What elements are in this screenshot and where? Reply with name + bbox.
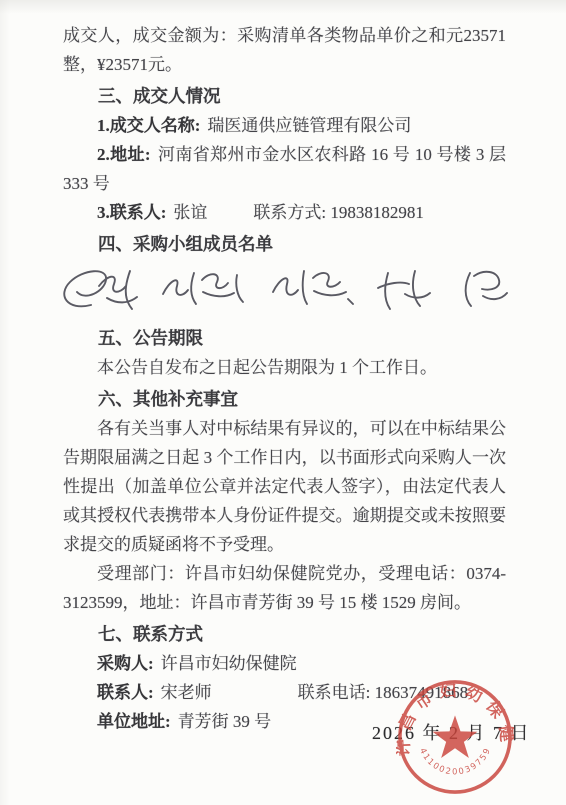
section-6-heading: 六、其他补充事宜 <box>63 385 506 414</box>
contact-phone-label: 联系电话: <box>298 683 371 702</box>
section-4-heading: 四、采购小组成员名单 <box>63 230 506 259</box>
section-7-heading: 七、联系方式 <box>63 620 506 649</box>
winner-name-label: 1.成交人名称: <box>97 116 200 135</box>
scanned-document-page: 成交人，成交金额为：采购清单各类物品单价之和元23571 整，¥23571元。 … <box>0 0 566 805</box>
unit-address-label: 单位地址: <box>97 712 171 731</box>
signature-5-stroke <box>466 272 507 306</box>
document-body: 成交人，成交金额为：采购清单各类物品单价之和元23571 整，¥23571元。 … <box>63 21 506 736</box>
buyer-value: 许昌市妇幼保健院 <box>161 654 297 673</box>
winner-phone-label: 联系方式: <box>253 203 326 222</box>
winner-contact-label: 3.联系人: <box>97 203 166 222</box>
buyer-line: 采购人:许昌市妇幼保健院 <box>63 649 506 678</box>
buyer-label: 采购人: <box>97 654 154 673</box>
unit-address-value: 青芳街 39 号 <box>178 712 272 731</box>
signature-1-stroke <box>64 271 137 309</box>
winner-address-line: 2.地址:河南省郑州市金水区农科路 16 号 10 号楼 3 层 333 号 <box>63 140 506 198</box>
winner-phone-value: 19838182981 <box>330 203 424 222</box>
official-seal-stamp: 许昌市妇幼保健院 4110020039759 <box>396 678 514 796</box>
winner-name-line: 1.成交人名称:瑞医通供应链管理有限公司 <box>63 111 506 140</box>
winner-name-value: 瑞医通供应链管理有限公司 <box>207 116 411 135</box>
signature-3-stroke <box>273 271 353 304</box>
stamp-star-icon <box>433 715 478 758</box>
notice-period-text: 本公告自发布之日起公告期限为 1 个工作日。 <box>63 353 506 382</box>
signatures-ink-svg <box>55 263 510 319</box>
signature-2-stroke <box>163 273 243 304</box>
handwritten-signatures <box>55 263 506 321</box>
intro-line-1: 成交人，成交金额为：采购清单各类物品单价之和元23571 <box>63 21 506 50</box>
acceptance-department-paragraph: 受理部门：许昌市妇幼保健院党办，受理电话：0374-3123599，地址：许昌市… <box>63 559 506 617</box>
signature-4-stroke <box>378 271 430 309</box>
objection-procedure-paragraph: 各有关当事人对中标结果有异议的，可以在中标结果公告期限届满之日起 3 个工作日内… <box>63 414 506 559</box>
contact-label: 联系人: <box>97 683 154 702</box>
section-3-heading: 三、成交人情况 <box>63 82 506 111</box>
stamp-code-text: 4110020039759 <box>418 745 493 776</box>
winner-address-label: 2.地址: <box>97 145 151 164</box>
winner-contact-line: 3.联系人:张谊联系方式: 19838182981 <box>63 198 506 227</box>
winner-contact-value: 张谊 <box>173 203 207 222</box>
intro-line-2: 整，¥23571元。 <box>63 50 506 79</box>
contact-value: 宋老师 <box>161 683 212 702</box>
section-5-heading: 五、公告期限 <box>63 324 506 353</box>
